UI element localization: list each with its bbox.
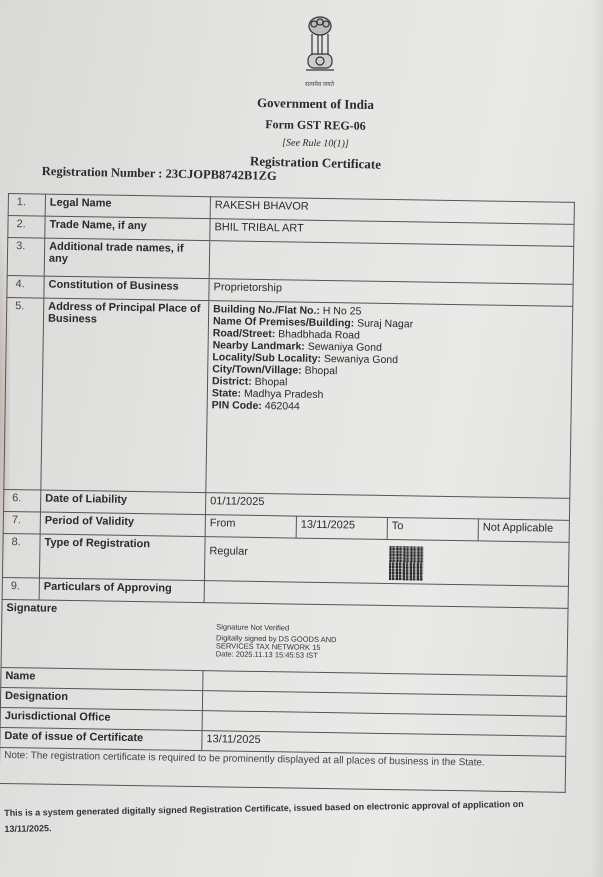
row-label: Additional trade names, if any <box>44 238 210 279</box>
address-key: Road/Street: <box>213 327 276 340</box>
registration-type-cell: Regular <box>204 537 569 587</box>
footer-statement: This is a system generated digitally sig… <box>4 795 574 837</box>
row-number: 1. <box>8 194 45 217</box>
certificate-table: 1. Legal Name RAKESH BHAVOR 2. Trade Nam… <box>0 193 600 793</box>
table-row: 5. Address of Principal Place of Busines… <box>4 297 573 498</box>
row-number: 7. <box>3 511 40 534</box>
note-text: Note: The registration certificate is re… <box>0 747 566 792</box>
row-label: Legal Name <box>45 194 210 219</box>
address-field: 462044 <box>265 400 300 413</box>
national-emblem-icon <box>300 14 340 78</box>
row-number: 8. <box>2 533 40 578</box>
validity-to-value: Not Applicable <box>478 519 569 542</box>
qr-code-icon <box>389 546 424 581</box>
address-field: Bhopal <box>305 365 338 378</box>
address-value: Building No./Flat No.: H No 25 Name Of P… <box>206 301 573 499</box>
row-label: Constitution of Business <box>44 276 209 301</box>
row-label: Period of Validity <box>40 512 205 537</box>
registration-type-value: Regular <box>209 545 564 563</box>
row-label: Date of Liability <box>40 490 205 515</box>
validity-from-label: From <box>205 515 296 538</box>
address-field: Suraj Nagar <box>357 318 413 331</box>
row-number: 5. <box>4 297 44 490</box>
address-key: State: <box>212 387 241 399</box>
address-field: H No 25 <box>323 305 362 318</box>
address-field: Sewaniya Gond <box>324 353 398 366</box>
validity-from-value: 13/11/2025 <box>296 516 387 539</box>
row-number: 3. <box>7 238 45 277</box>
note-row: Note: The registration certificate is re… <box>0 747 566 792</box>
address-key: District: <box>212 375 252 388</box>
row-label: Trade Name, if any <box>45 216 210 241</box>
certificate-header: सत्यमेव जयते Government of India Form GS… <box>0 14 603 171</box>
signature-cell: Signature Signature Not Verified Digital… <box>1 599 568 676</box>
signature-row: Signature Signature Not Verified Digital… <box>1 599 568 676</box>
row-number: 6. <box>3 489 40 512</box>
row-number: 9. <box>2 577 39 600</box>
row-label: Particulars of Approving <box>39 578 204 603</box>
row-label: Address of Principal Place of Business <box>41 298 209 493</box>
row-number: 4. <box>7 275 44 298</box>
row-number: 2. <box>8 216 45 239</box>
emblem-motto: सत्यमेव जयते <box>18 80 603 88</box>
digital-signature: Signature Not Verified Digitally signed … <box>216 623 564 663</box>
address-key: PIN Code: <box>212 399 262 412</box>
additional-trade-names-value <box>209 241 574 285</box>
validity-to-label: To <box>387 518 478 541</box>
address-field: Bhopal <box>255 376 288 389</box>
row-label: Type of Registration <box>39 534 205 581</box>
